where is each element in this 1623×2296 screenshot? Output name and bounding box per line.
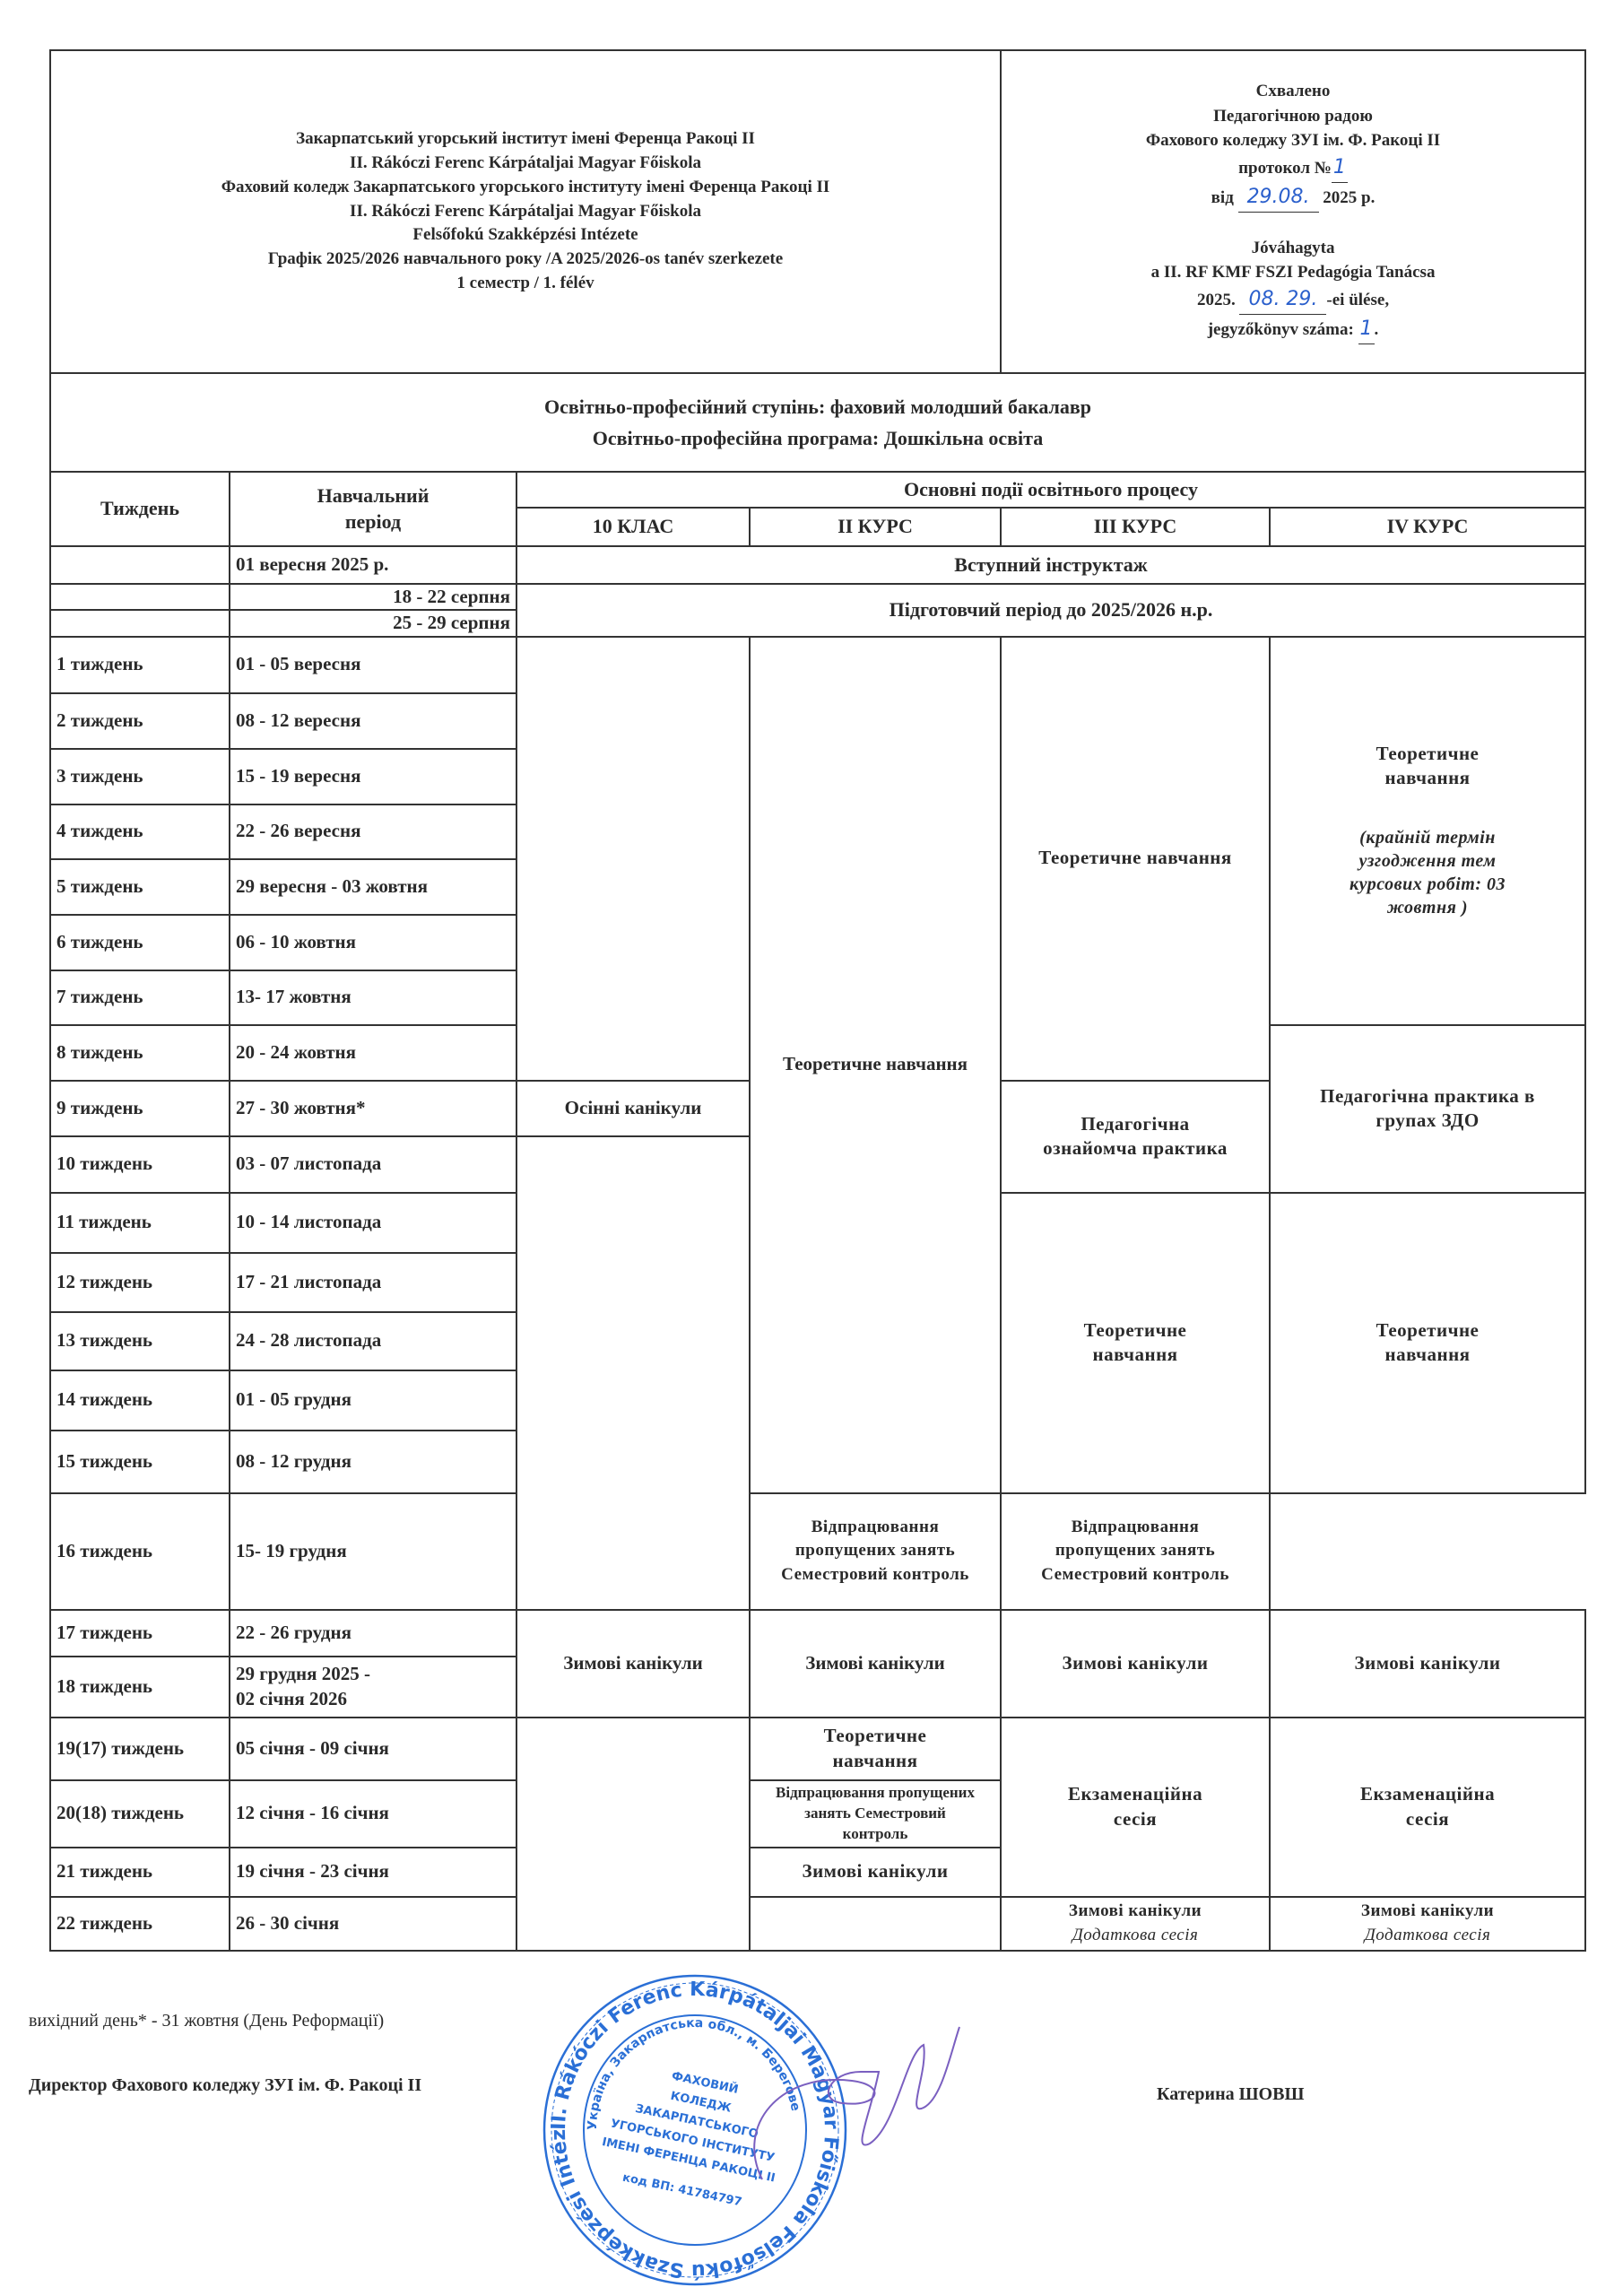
council-label-hu: a II. RF KMF FSZI Pedagógia Tanácsa	[1007, 260, 1579, 285]
week-label: 4 тиждень	[50, 804, 230, 859]
coursework-deadline-note: (крайній термін узгодження тем курсових …	[1329, 826, 1526, 919]
class10-empty-cell	[516, 1718, 750, 1951]
group-header-10-class: 10 КЛАС	[516, 508, 750, 546]
week-label: 3 тиждень	[50, 749, 230, 804]
schedule-document: Закарпатський угорський інститут імені Ф…	[0, 0, 1623, 2296]
week-period: 22 - 26 грудня	[230, 1610, 516, 1657]
svg-text:код ВП: 41784797: код ВП: 41784797	[621, 2171, 743, 2210]
kurs2-empty-cell	[750, 1897, 1001, 1951]
holiday-footnote: вихідний день* - 31 жовтня (День Реформа…	[29, 2011, 384, 2031]
semester-label: 1 семестр / 1. félév	[56, 272, 994, 296]
week-label: 1 тиждень	[50, 637, 230, 693]
schedule-title: Графік 2025/2026 навчального року /A 202…	[56, 248, 994, 272]
council-label: Педагогічною радою	[1007, 104, 1579, 129]
week-period: 17 - 21 листопада	[230, 1253, 516, 1312]
extra-session-label: Додаткова сесія	[1007, 1924, 1263, 1948]
week-label: 14 тиждень	[50, 1370, 230, 1431]
week-label: 15 тиждень	[50, 1431, 230, 1493]
week-label: 2 тиждень	[50, 693, 230, 749]
week-period: 27 - 30 жовтня*	[230, 1081, 516, 1136]
week-label: 20(18) тиждень	[50, 1780, 230, 1848]
prep-period: 25 - 29 серпня	[230, 610, 516, 636]
kurs2-winter-break-jan: Зимові канікули	[750, 1848, 1001, 1897]
kurs4-winter-extra: Зимові канікули Додаткова сесія	[1270, 1897, 1585, 1951]
kurs4-practice: Педагогічна практика в групах ЗДО	[1270, 1025, 1585, 1193]
director-title: Директор Фахового коледжу ЗУІ ім. Ф. Рак…	[29, 2075, 421, 2096]
week-label: 16 тиждень	[50, 1493, 230, 1610]
prep-week-cell	[50, 610, 230, 636]
kurs2-control: Відпрацювання пропущених занять Семестро…	[750, 1780, 1001, 1848]
week-period: 06 - 10 жовтня	[230, 915, 516, 970]
education-level: Освітньо-професійний ступінь: фаховий мо…	[56, 391, 1579, 422]
week-label: 9 тиждень	[50, 1081, 230, 1136]
week-period: 13- 17 жовтня	[230, 970, 516, 1025]
week-label: 5 тиждень	[50, 859, 230, 915]
approved-label-hu: Jóváhagyta	[1007, 236, 1579, 261]
date-line-hu: 2025. 08. 29.-ei ülése,	[1007, 285, 1579, 315]
week-label: 13 тиждень	[50, 1312, 230, 1370]
week-period: 15 - 19 вересня	[230, 749, 516, 804]
week-period: 22 - 26 вересня	[230, 804, 516, 859]
schedule-table: Закарпатський угорський інститут імені Ф…	[49, 49, 1586, 1952]
education-program: Освітньо-професійна програма: Дошкільна …	[56, 422, 1579, 454]
week-period: 08 - 12 грудня	[230, 1431, 516, 1493]
week-label: 11 тиждень	[50, 1193, 230, 1253]
kurs4-control: Відпрацювання пропущених занять Семестро…	[1001, 1493, 1270, 1610]
intro-week-cell	[50, 546, 230, 584]
kurs2-theory: Теоретичне навчання	[750, 637, 1001, 1493]
kurs3-exam-session: Екзаменаційна сесія	[1001, 1718, 1270, 1897]
kurs3-theory: Теоретичне навчання	[1001, 637, 1270, 1081]
extra-session-label: Додаткова сесія	[1276, 1924, 1579, 1948]
handwritten-date: 29.08.	[1238, 183, 1319, 213]
kurs2-winter-break: Зимові канікули	[750, 1610, 1001, 1718]
col-header-events: Основні події освітнього процесу	[516, 472, 1585, 508]
week-label: 12 тиждень	[50, 1253, 230, 1312]
week-label: 18 тиждень	[50, 1657, 230, 1718]
week-period: 15- 19 грудня	[230, 1493, 516, 1610]
class10-empty-cell	[516, 1136, 750, 1610]
kurs4-theory: Теоретичне навчання (крайній термін узго…	[1270, 637, 1585, 1025]
week-period: 29 грудня 2025 - 02 січня 2026	[230, 1657, 516, 1718]
intro-event: Вступний інструктаж	[516, 546, 1585, 584]
kurs3-practice: Педагогічна ознайомча практика	[1001, 1081, 1270, 1193]
week-period: 01 - 05 грудня	[230, 1370, 516, 1431]
week-period: 10 - 14 листопада	[230, 1193, 516, 1253]
group-header-kurs-3: III КУРС	[1001, 508, 1270, 546]
prep-event: Підготовчий період до 2025/2026 н.р.	[516, 584, 1585, 637]
week-period: 03 - 07 листопада	[230, 1136, 516, 1193]
kurs3-control: Відпрацювання пропущених занять Семестро…	[750, 1493, 1001, 1610]
week-period: 26 - 30 січня	[230, 1897, 516, 1951]
director-name: Катерина ШОВШ	[1157, 2084, 1304, 2105]
kurs3-winter-extra: Зимові канікули Додаткова сесія	[1001, 1897, 1270, 1951]
week-period: 12 січня - 16 січня	[230, 1780, 516, 1848]
date-line: від 29.08. 2025 р.	[1007, 183, 1579, 213]
header-line: II. Rákóczi Ferenc Kárpátaljai Magyar Fő…	[56, 152, 994, 176]
handwritten-protocol-number-hu: 1	[1358, 315, 1375, 344]
institution-header: Закарпатський угорський інститут імені Ф…	[50, 50, 1001, 373]
kurs4-winter-break: Зимові канікули	[1270, 1610, 1585, 1718]
college-label: Фахового коледжу ЗУІ ім. Ф. Ракоці ІІ	[1007, 128, 1579, 153]
prep-week-cell	[50, 584, 230, 610]
kurs4-theory-2: Теоретичне навчання	[1270, 1193, 1585, 1493]
week-period: 20 - 24 жовтня	[230, 1025, 516, 1081]
class10-autumn-break: Осінні канікули	[516, 1081, 750, 1136]
header-line: Закарпатський угорський інститут імені Ф…	[56, 127, 994, 152]
week-period: 08 - 12 вересня	[230, 693, 516, 749]
approval-block: Схвалено Педагогічною радою Фахового кол…	[1001, 50, 1585, 373]
week-label: 8 тиждень	[50, 1025, 230, 1081]
group-header-kurs-2: II КУРС	[750, 508, 1001, 546]
week-label: 7 тиждень	[50, 970, 230, 1025]
intro-date: 01 вересня 2025 р.	[230, 546, 516, 584]
class10-winter-break: Зимові канікули	[516, 1610, 750, 1718]
col-header-week: Тиждень	[50, 472, 230, 546]
week-label: 21 тиждень	[50, 1848, 230, 1897]
week-label: 17 тиждень	[50, 1610, 230, 1657]
signature-icon	[744, 2018, 977, 2197]
week-period: 05 січня - 09 січня	[230, 1718, 516, 1780]
week-label: 19(17) тиждень	[50, 1718, 230, 1780]
kurs4-exam-session: Екзаменаційна сесія	[1270, 1718, 1585, 1897]
week-label: 6 тиждень	[50, 915, 230, 970]
kurs3-theory-2: Теоретичне навчання	[1001, 1193, 1270, 1493]
kurs3-winter-break: Зимові канікули	[1001, 1610, 1270, 1718]
week-period: 29 вересня - 03 жовтня	[230, 859, 516, 915]
week-period: 19 січня - 23 січня	[230, 1848, 516, 1897]
week-period: 01 - 05 вересня	[230, 637, 516, 693]
header-line: II. Rákóczi Ferenc Kárpátaljai Magyar Fő…	[56, 200, 994, 224]
handwritten-protocol-number: 1	[1332, 153, 1348, 183]
header-line: Фаховий коледж Закарпатського угорського…	[56, 176, 994, 200]
protocol-line-hu: jegyzőkönyv száma: 1.	[1007, 315, 1579, 344]
header-line: Felsőfokú Szakképzési Intézete	[56, 223, 994, 248]
protocol-line: протокол №1	[1007, 153, 1579, 183]
kurs2-theory-jan: Теоретичне навчання	[750, 1718, 1001, 1780]
handwritten-date-hu: 08. 29.	[1239, 285, 1326, 315]
program-info: Освітньо-професійний ступінь: фаховий мо…	[50, 373, 1585, 472]
week-period: 24 - 28 листопада	[230, 1312, 516, 1370]
week-label: 22 тиждень	[50, 1897, 230, 1951]
group-header-kurs-4: IV КУРС	[1270, 508, 1585, 546]
prep-period: 18 - 22 серпня	[230, 584, 516, 610]
approved-label: Схвалено	[1007, 79, 1579, 104]
col-header-period: Навчальний період	[230, 472, 516, 546]
class10-empty-cell	[516, 637, 750, 1081]
week-label: 10 тиждень	[50, 1136, 230, 1193]
